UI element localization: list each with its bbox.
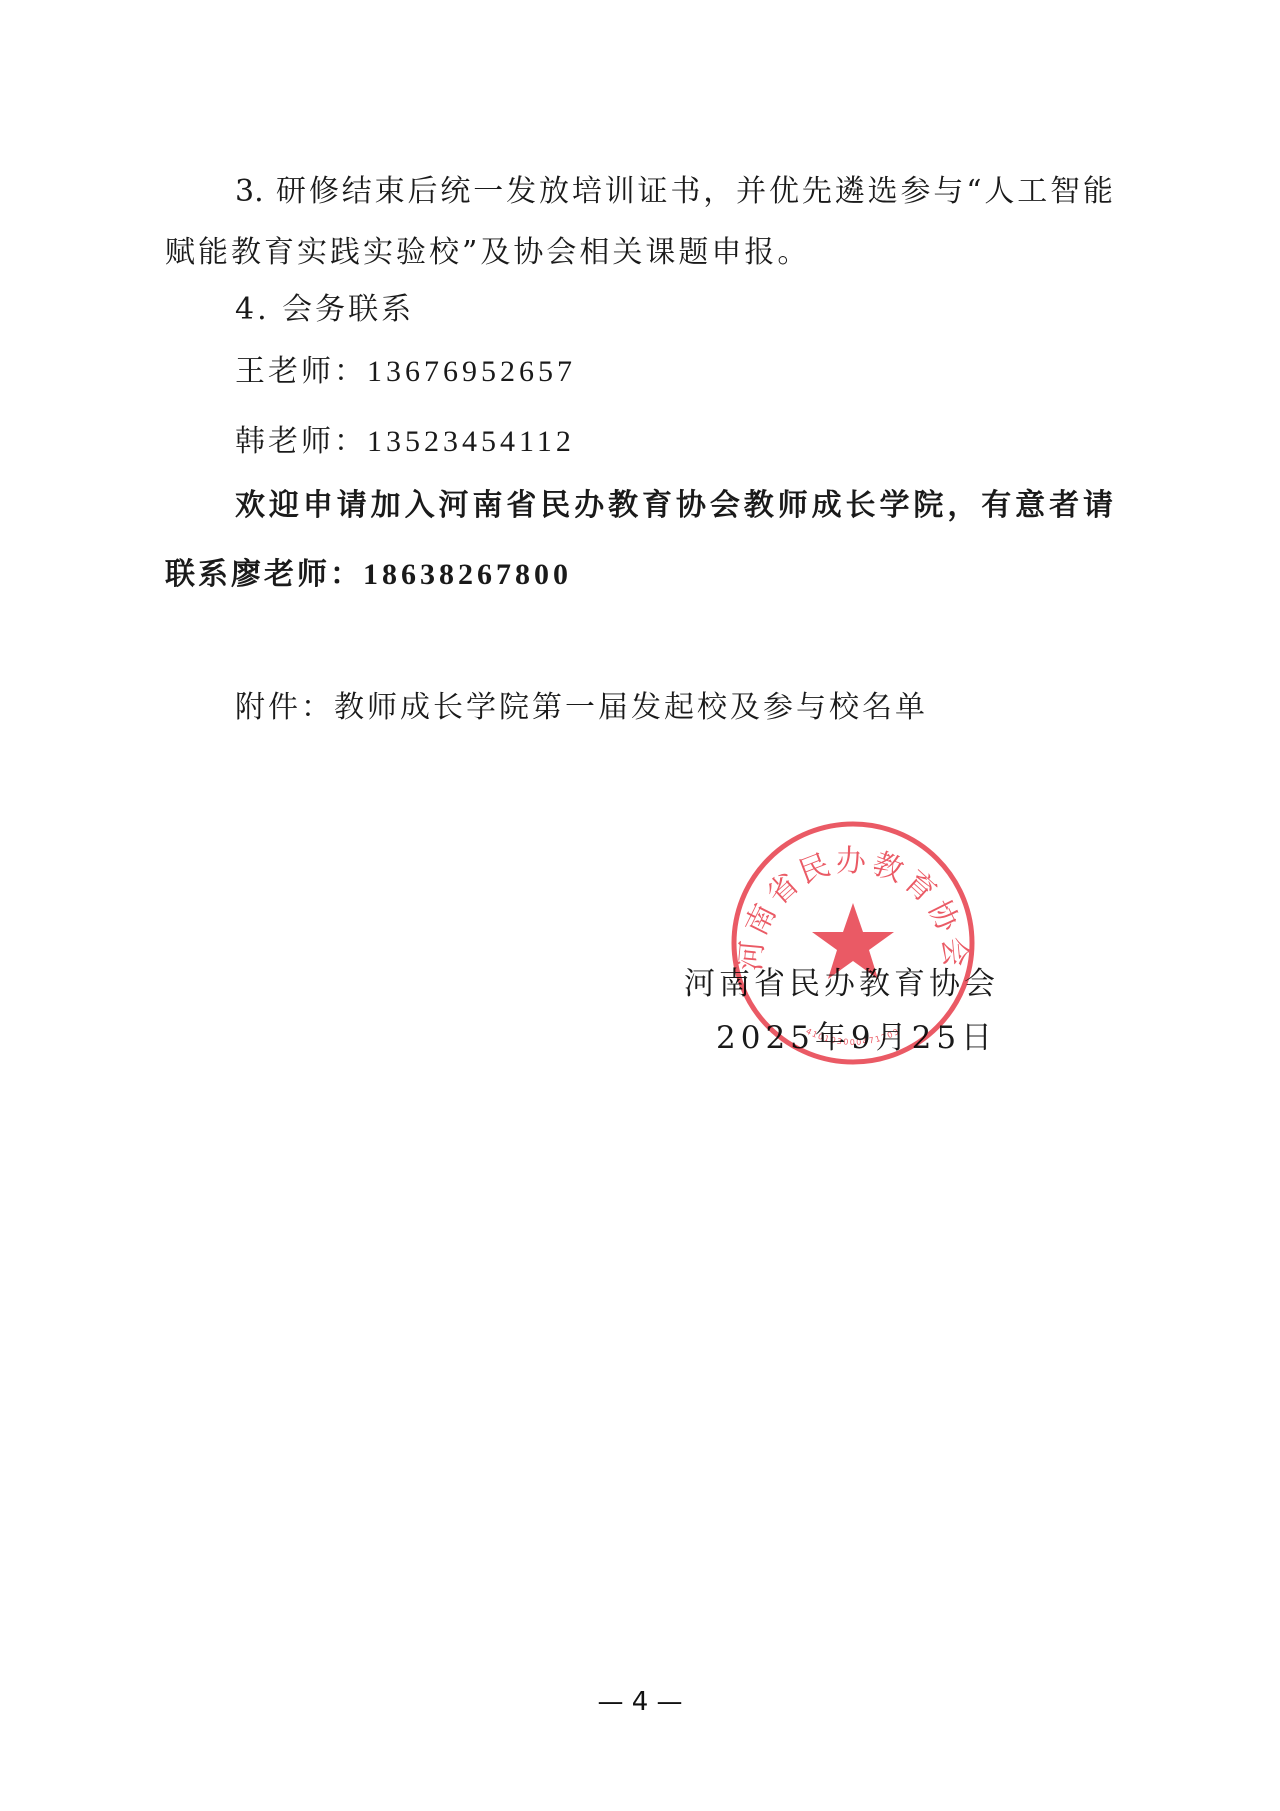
contact-wang-phone: 13676952657 bbox=[367, 355, 576, 388]
paragraph-item3-line1: 3. 研修结束后统一发放培训证书，并优先遴选参与“人工智能 bbox=[235, 174, 1113, 210]
stamp-code: 410103000471203 bbox=[804, 1027, 901, 1047]
paragraph-item3-line2: 赋能教育实践实验校”及协会相关课题申报。 bbox=[165, 235, 810, 271]
invite-line2: 联系廖老师：18638267800 bbox=[165, 557, 572, 593]
invite-line1: 欢迎申请加入河南省民办教育协会教师成长学院，有意者请 bbox=[235, 488, 1113, 524]
item4-heading: 4. 会务联系 bbox=[235, 292, 414, 328]
contact-wang: 王老师：13676952657 bbox=[235, 354, 576, 390]
invite-contact-phone: 18638267800 bbox=[363, 558, 572, 591]
attachment-note: 附件：教师成长学院第一届发起校及参与校名单 bbox=[235, 690, 928, 726]
page-number: — 4 — bbox=[0, 1686, 1280, 1718]
contact-han-label: 韩老师： bbox=[235, 424, 367, 459]
contact-han-phone: 13523454112 bbox=[367, 425, 575, 458]
invite-contact-label: 联系廖老师： bbox=[165, 557, 363, 592]
stamp-star-icon bbox=[812, 903, 894, 979]
contact-han: 韩老师：13523454112 bbox=[235, 424, 575, 460]
contact-wang-label: 王老师： bbox=[235, 354, 367, 389]
official-seal-stamp: 河南省民办教育协会 410103000471203 bbox=[727, 820, 979, 1066]
